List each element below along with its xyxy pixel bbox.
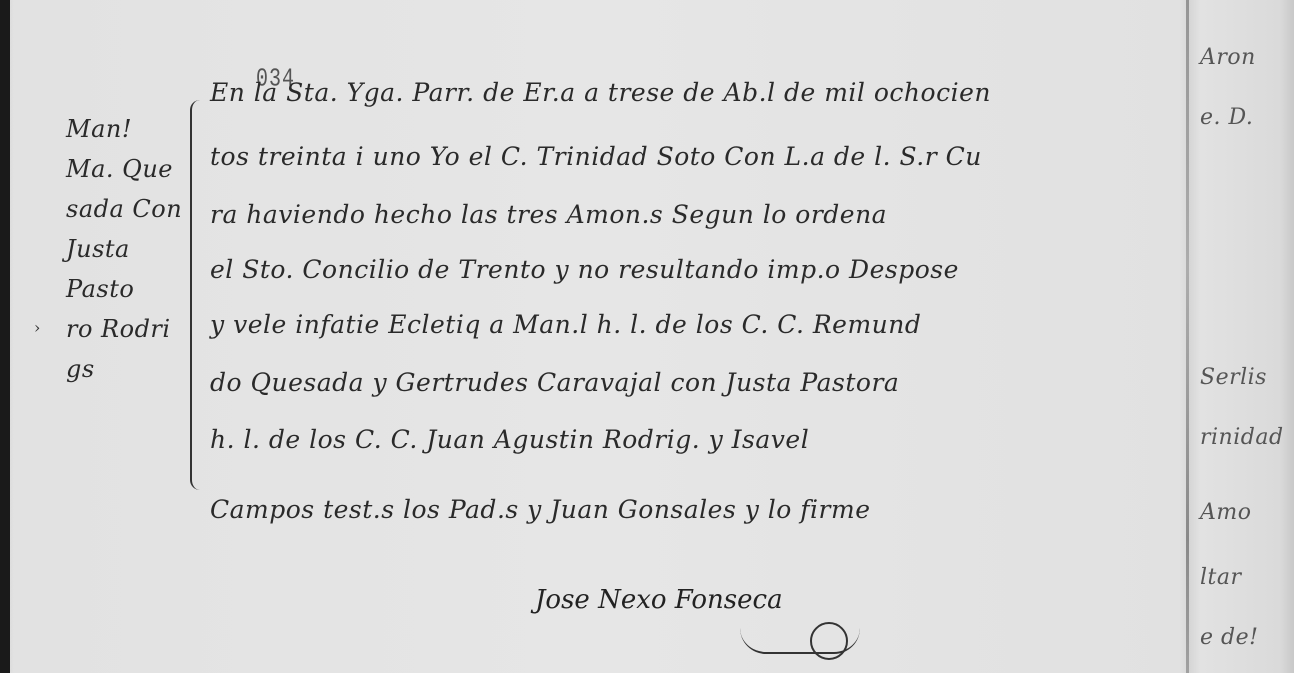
- margin-note-line: ro Rodri: [66, 312, 182, 352]
- adjacent-page-fragment: ltar: [1200, 565, 1242, 590]
- record-line: y vele infatie Ecletiq a Man.l h. l. de …: [210, 310, 921, 339]
- margin-note-line: sada Con: [66, 192, 182, 232]
- margin-bracket: [190, 100, 206, 490]
- margin-note-line: gs: [66, 352, 182, 392]
- page-fold-line: [1186, 0, 1189, 673]
- record-line: el Sto. Concilio de Trento y no resultan…: [210, 255, 959, 284]
- record-line: h. l. de los C. C. Juan Agustin Rodrig. …: [210, 425, 809, 454]
- record-line: Campos test.s los Pad.s y Juan Gonsales …: [210, 495, 871, 524]
- priest-signature: Jose Nexo Fonseca: [535, 585, 783, 615]
- adjacent-page-fragment: Aron: [1200, 45, 1256, 70]
- record-line: ra haviendo hecho las tres Amon.s Segun …: [210, 200, 887, 229]
- record-line: do Quesada y Gertrudes Caravajal con Jus…: [210, 368, 899, 397]
- adjacent-page-fragment: e de!: [1200, 625, 1258, 650]
- margin-note-line: Pasto: [66, 272, 182, 312]
- adjacent-page-fragment: Serlis: [1200, 365, 1267, 390]
- margin-note-line: Ma. Que: [66, 152, 182, 192]
- adjacent-page-fragment: Amo: [1200, 500, 1252, 525]
- margin-note: Man! Ma. Que sada Con Justa Pasto ro Rod…: [66, 112, 182, 392]
- document-page: 034 › Man! Ma. Que sada Con Justa Pasto …: [0, 0, 1294, 673]
- margin-tick-mark: ›: [34, 318, 40, 337]
- record-line: tos treinta i uno Yo el C. Trinidad Soto…: [210, 142, 982, 171]
- margin-note-line: Man!: [66, 112, 182, 152]
- adjacent-page-fragment: e. D.: [1200, 105, 1253, 130]
- adjacent-page-fragment: rinidad: [1200, 425, 1284, 450]
- margin-note-line: Justa: [66, 232, 182, 272]
- record-line: En la Sta. Yga. Parr. de Er.a a trese de…: [210, 78, 991, 107]
- signature-rubric-loop: [810, 622, 848, 660]
- page-binding-edge: [0, 0, 10, 673]
